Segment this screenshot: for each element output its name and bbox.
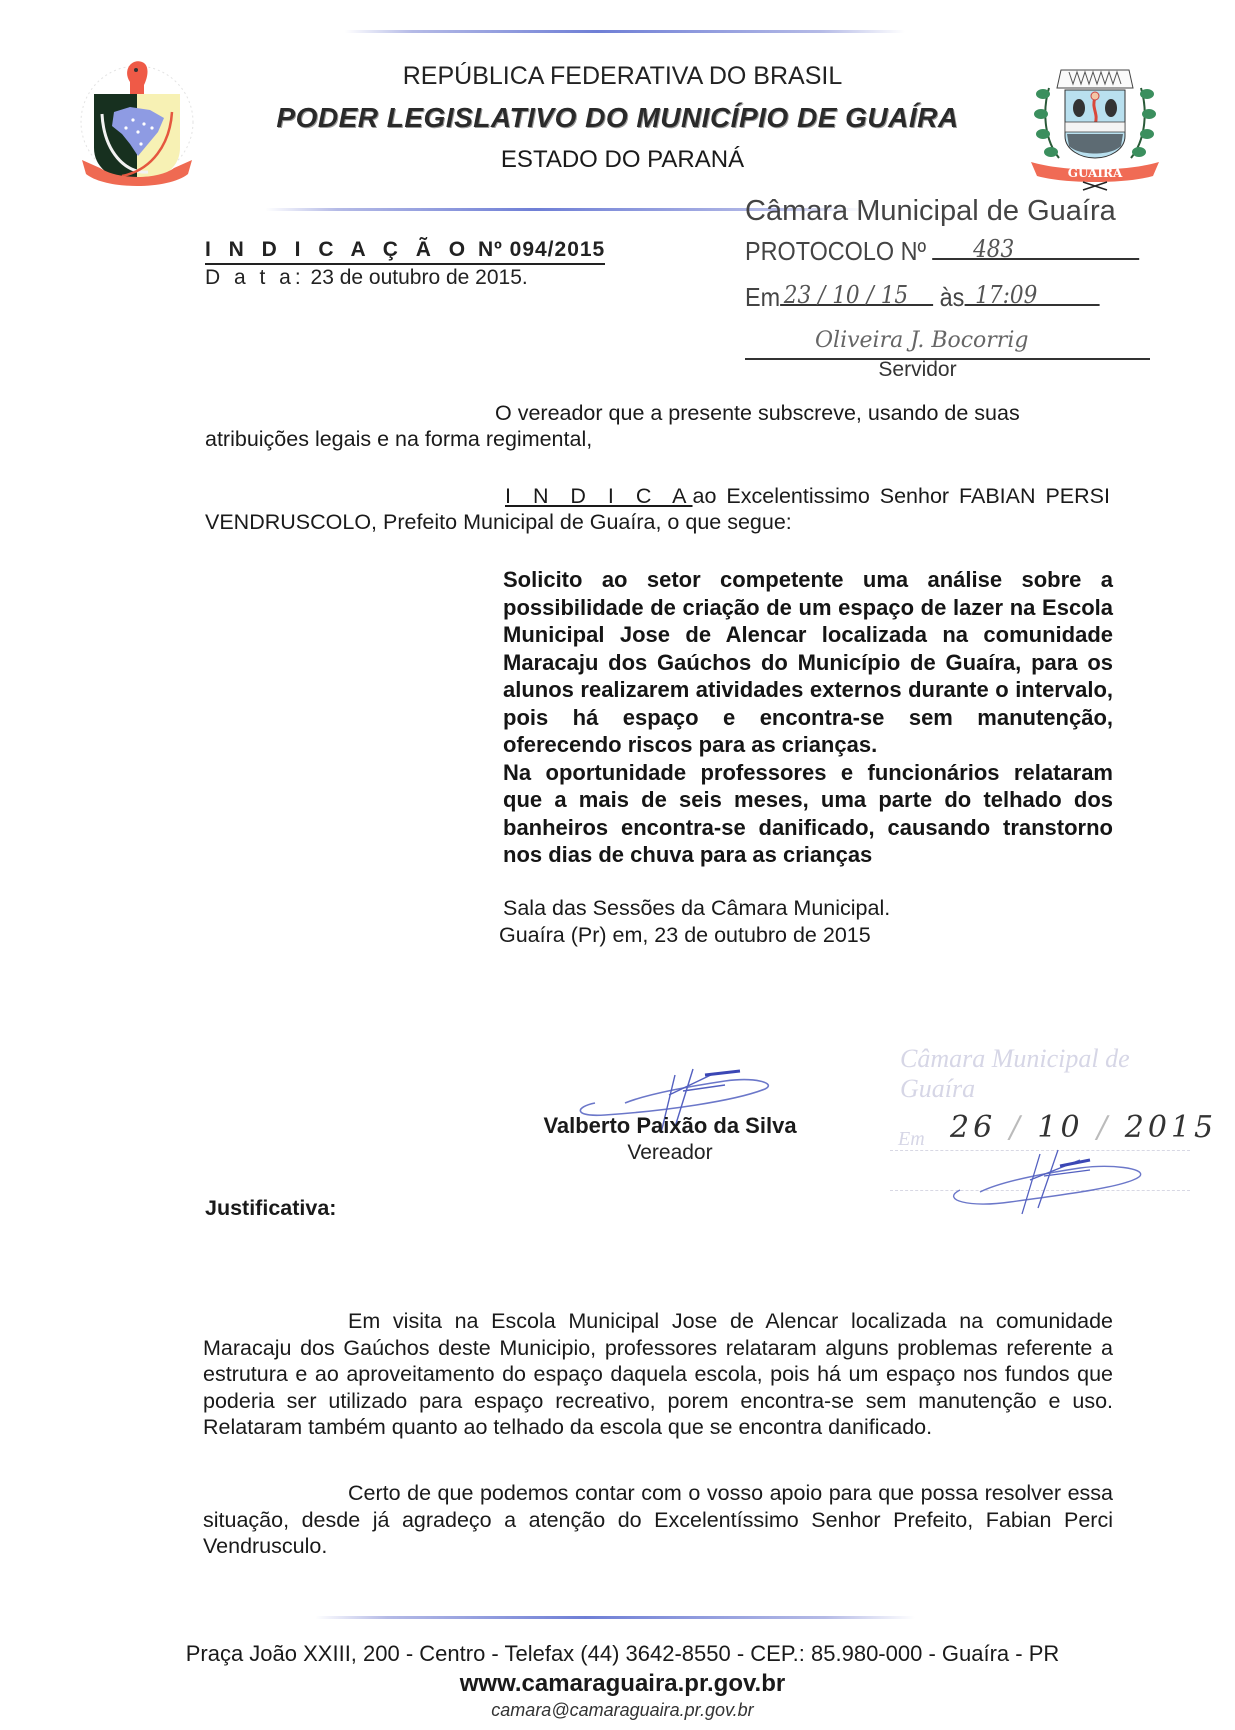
document-title: I N D I C A Ç Ã O Nº 094/2015 [205,238,605,265]
justification-paragraph-1: Em visita na Escola Municipal Jose de Al… [203,1308,1113,1441]
stamp-date-row: Em23 / 10 / 15 às17:09 [745,274,1110,320]
closing-place: Sala das Sessões da Câmara Municipal. [503,895,1113,922]
indica-paragraph: I N D I C Aao Excelentissimo Senhor FABI… [205,483,1110,535]
protocol-stamp: Câmara Municipal de Guaíra PROTOCOLO Nº … [745,195,1150,382]
justification-title: Justificativa: [205,1196,336,1221]
title-word: I N D I C A Ç Ã O [205,238,471,261]
protocol-number: 483 [973,226,1014,272]
footer-website-link[interactable]: www.camaraguaira.pr.gov.br [0,1670,1235,1698]
closing-date: Guaíra (Pr) em, 23 de outubro de 2015 [499,922,1113,949]
header-institution: PODER LEGISLATIVO DO MUNICÍPIO DE GUAÍRA [0,102,1235,134]
date-value: 23 de outubro de 2015. [311,266,528,289]
intro-first-line: O vereador que a presente subscreve, usa… [495,401,1020,425]
protocol-label: PROTOCOLO Nº [745,236,926,266]
document-date: D a t a: 23 de outubro de 2015. [205,266,528,290]
councilor-role: Vereador [500,1141,840,1165]
footer-email-link[interactable]: camara@camaraguaira.pr.gov.br [0,1700,1235,1721]
title-number: Nº 094/2015 [478,238,605,261]
header-top-rule [345,30,905,33]
servidor-label: Servidor [745,358,1150,382]
receipt-signature-icon [940,1140,1160,1220]
time-value: 17:09 [975,272,1037,318]
intro-second-line: atribuições legais e na forma regimental… [205,426,1110,452]
intro-paragraph: O vereador que a presente subscreve, usa… [205,400,1110,452]
header-state: ESTADO DO PARANÁ [0,146,1235,174]
stamp-title: Câmara Municipal de Guaíra [745,195,1150,228]
stamp-protocol-row: PROTOCOLO Nº 483 [745,228,1110,274]
councilor-name: Valberto Paixão da Silva [500,1113,840,1139]
justification-paragraph-2: Certo de que podemos contar com o vosso … [203,1480,1113,1560]
em-label: Em [745,282,780,312]
footer-address: Praça João XXIII, 200 - Centro - Telefax… [0,1641,1235,1667]
indica-keyword: I N D I C A [505,484,693,508]
header-country: REPÚBLICA FEDERATIVA DO BRASIL [0,62,1235,91]
em-date: 23 / 10 / 15 [784,272,908,318]
receipt-em-label: Em [898,1128,925,1151]
servidor-signature: Oliveira J. Bocorrig [815,328,1028,353]
receipt-stamp-title: Câmara Municipal de Guaíra [900,1044,1200,1104]
request-block: Solicito ao setor competente uma análise… [503,566,1113,869]
request-paragraph-1: Solicito ao setor competente uma análise… [503,566,1113,759]
request-paragraph-2: Na oportunidade professores e funcionári… [503,759,1113,869]
date-label: D a t a: [205,266,305,289]
receipt-stamp: Câmara Municipal de Guaíra Em 26 / 10 / … [890,1040,1200,1220]
footer-rule [315,1616,915,1619]
servidor-signature-line: Oliveira J. Bocorrig [745,328,1150,360]
time-label: às [940,282,965,312]
closing-block: Sala das Sessões da Câmara Municipal. Gu… [503,895,1113,949]
